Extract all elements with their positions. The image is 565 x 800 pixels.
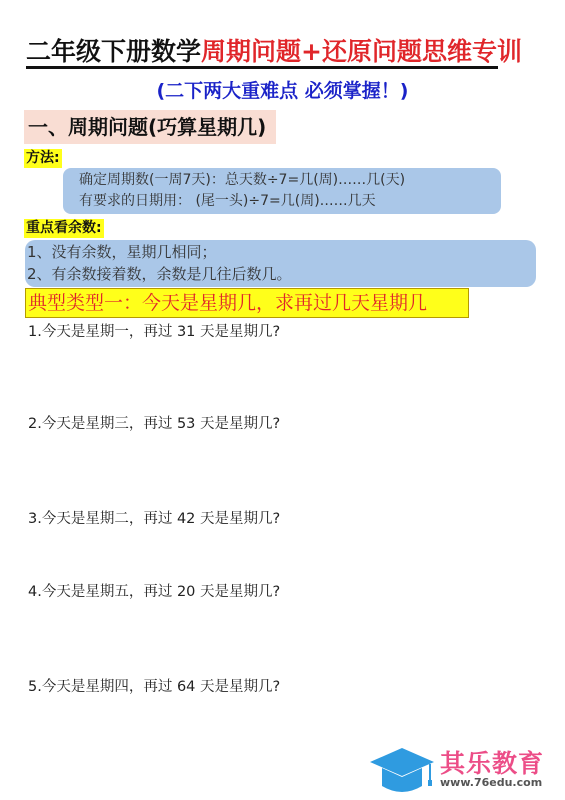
method-box: 确定周期数(一周7天)：总天数÷7=几(周)……几(天) 有要求的日期用： (尾… bbox=[63, 168, 501, 214]
question-3: 3.今天是星期二，再过 42 天是星期几? bbox=[28, 509, 280, 529]
question-4: 4.今天是星期五，再过 20 天是星期几? bbox=[28, 582, 280, 602]
method-line-2: 有要求的日期用： (尾一头)÷7=几(周)……几天 bbox=[79, 191, 376, 212]
method-line-1: 确定周期数(一周7天)：总天数÷7=几(周)……几(天) bbox=[79, 170, 405, 191]
question-2: 2.今天是星期三，再过 53 天是星期几? bbox=[28, 414, 280, 434]
remainder-line-1: 1、没有余数，星期几相同； bbox=[27, 242, 217, 263]
question-5: 5.今天是星期四，再过 64 天是星期几? bbox=[28, 677, 280, 697]
method-label: 方法: bbox=[24, 149, 62, 168]
page-title: 二年级下册数学周期问题+还原问题思维专训 bbox=[26, 37, 542, 67]
title-underline bbox=[26, 66, 498, 69]
title-black-part: 二年级下册数学 bbox=[26, 37, 201, 66]
type-one-heading: 典型类型一：今天是星期几，求再过几天星期几 bbox=[25, 288, 469, 318]
remainder-line-2: 2、有余数接着数，余数是几往后数几。 bbox=[27, 264, 292, 285]
title-red-part: 周期问题+还原问题思维专训 bbox=[201, 37, 522, 66]
remainder-label: 重点看余数: bbox=[24, 219, 104, 238]
brand-name: 其乐教育 bbox=[440, 744, 544, 780]
graduation-cap-icon bbox=[366, 746, 438, 796]
question-1: 1.今天是星期一，再过 31 天是星期几? bbox=[28, 322, 280, 342]
brand-url: www.76edu.com bbox=[440, 776, 542, 789]
subtitle: (二下两大重难点 必须掌握！) bbox=[0, 78, 565, 104]
section-title-cycle-problems: 一、周期问题(巧算星期几) bbox=[24, 110, 276, 144]
remainder-box: 1、没有余数，星期几相同； 2、有余数接着数，余数是几往后数几。 bbox=[25, 240, 536, 287]
